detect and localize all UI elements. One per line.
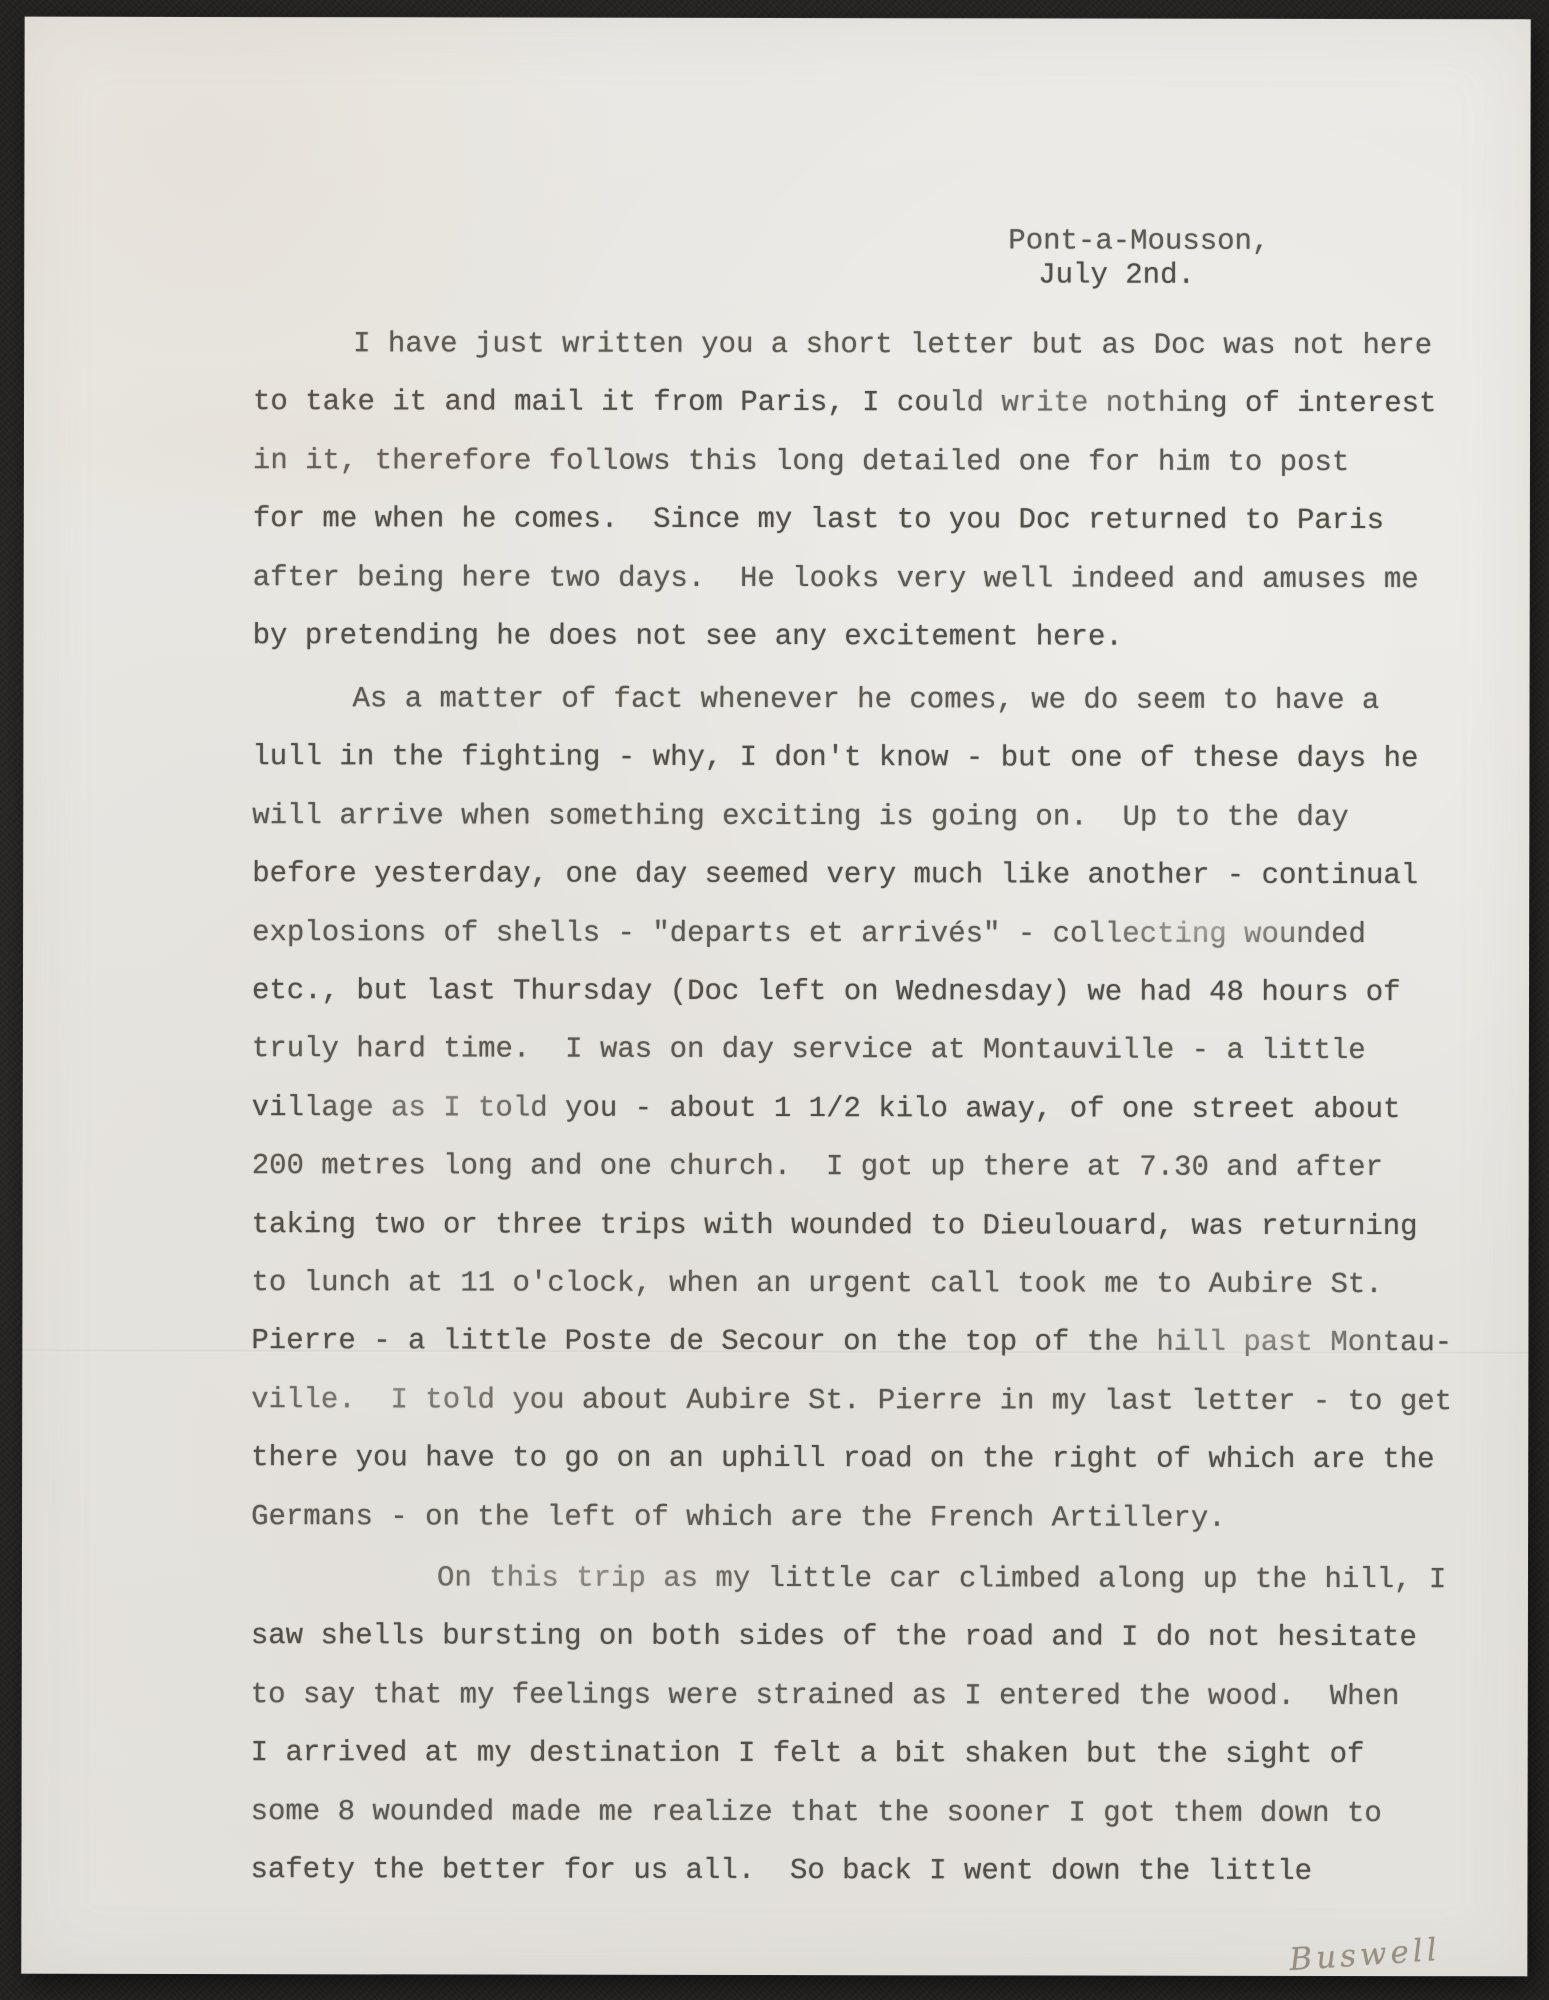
paragraph-2: As a matter of fact whenever he comes, w… [251,670,1453,1548]
typed-line: explosions of shells - "departs et arriv… [252,904,1453,965]
dateline-date: July 2nd. [1008,258,1269,292]
typed-line: I have just written you a short letter b… [253,315,1437,375]
typed-line: ville. I told you about Aubire St. Pierr… [251,1371,1452,1432]
photo-background: Pont-a-Mousson, July 2nd. I have just wr… [0,0,1549,2000]
typed-line: after being here two days. He looks very… [253,549,1437,609]
letter-paper: Pont-a-Mousson, July 2nd. I have just wr… [21,17,1530,1977]
typed-line: I arrived at my destination I felt a bit… [251,1724,1446,1784]
typed-line: etc., but last Thursday (Doc left on Wed… [252,962,1453,1023]
typed-line: truly hard time. I was on day service at… [252,1021,1453,1082]
typed-line: As a matter of fact whenever he comes, w… [252,670,1453,731]
typed-line: there you have to go on an uphill road o… [251,1429,1452,1490]
typed-line: saw shells bursting on both sides of the… [251,1607,1446,1667]
typed-line: in it, therefore follows this long detai… [253,432,1437,492]
handwritten-annotation: Buswell [1288,1932,1441,1978]
typed-line: before yesterday, one day seemed very mu… [252,845,1453,906]
typed-line: village as I told you - about 1 1/2 kilo… [252,1079,1453,1140]
dateline: Pont-a-Mousson, July 2nd. [1008,224,1269,292]
typed-line: will arrive when something exciting is g… [252,787,1453,848]
dateline-location: Pont-a-Mousson, [1008,224,1269,258]
typed-line: to take it and mail it from Paris, I cou… [253,373,1437,433]
paragraph-1: I have just written you a short letter b… [253,315,1437,668]
typed-line: taking two or three trips with wounded t… [252,1196,1453,1257]
paragraph-3: On this trip as my little car climbed al… [250,1549,1446,1902]
typed-line: to lunch at 11 o'clock, when an urgent c… [251,1254,1452,1315]
typed-line: 200 metres long and one church. I got up… [252,1137,1453,1198]
typed-line: safety the better for us all. So back I … [250,1841,1445,1901]
typed-line: Germans - on the left of which are the F… [251,1488,1452,1549]
typed-line: by pretending he does not see any excite… [253,607,1437,667]
typed-line: On this trip as my little car climbed al… [251,1549,1446,1609]
typed-line: Pierre - a little Poste de Secour on the… [251,1313,1452,1374]
typed-line: for me when he comes. Since my last to y… [253,490,1437,550]
typed-line: lull in the fighting - why, I don't know… [252,728,1453,789]
typed-line: some 8 wounded made me realize that the … [251,1783,1446,1843]
typed-line: to say that my feelings were strained as… [251,1666,1446,1726]
